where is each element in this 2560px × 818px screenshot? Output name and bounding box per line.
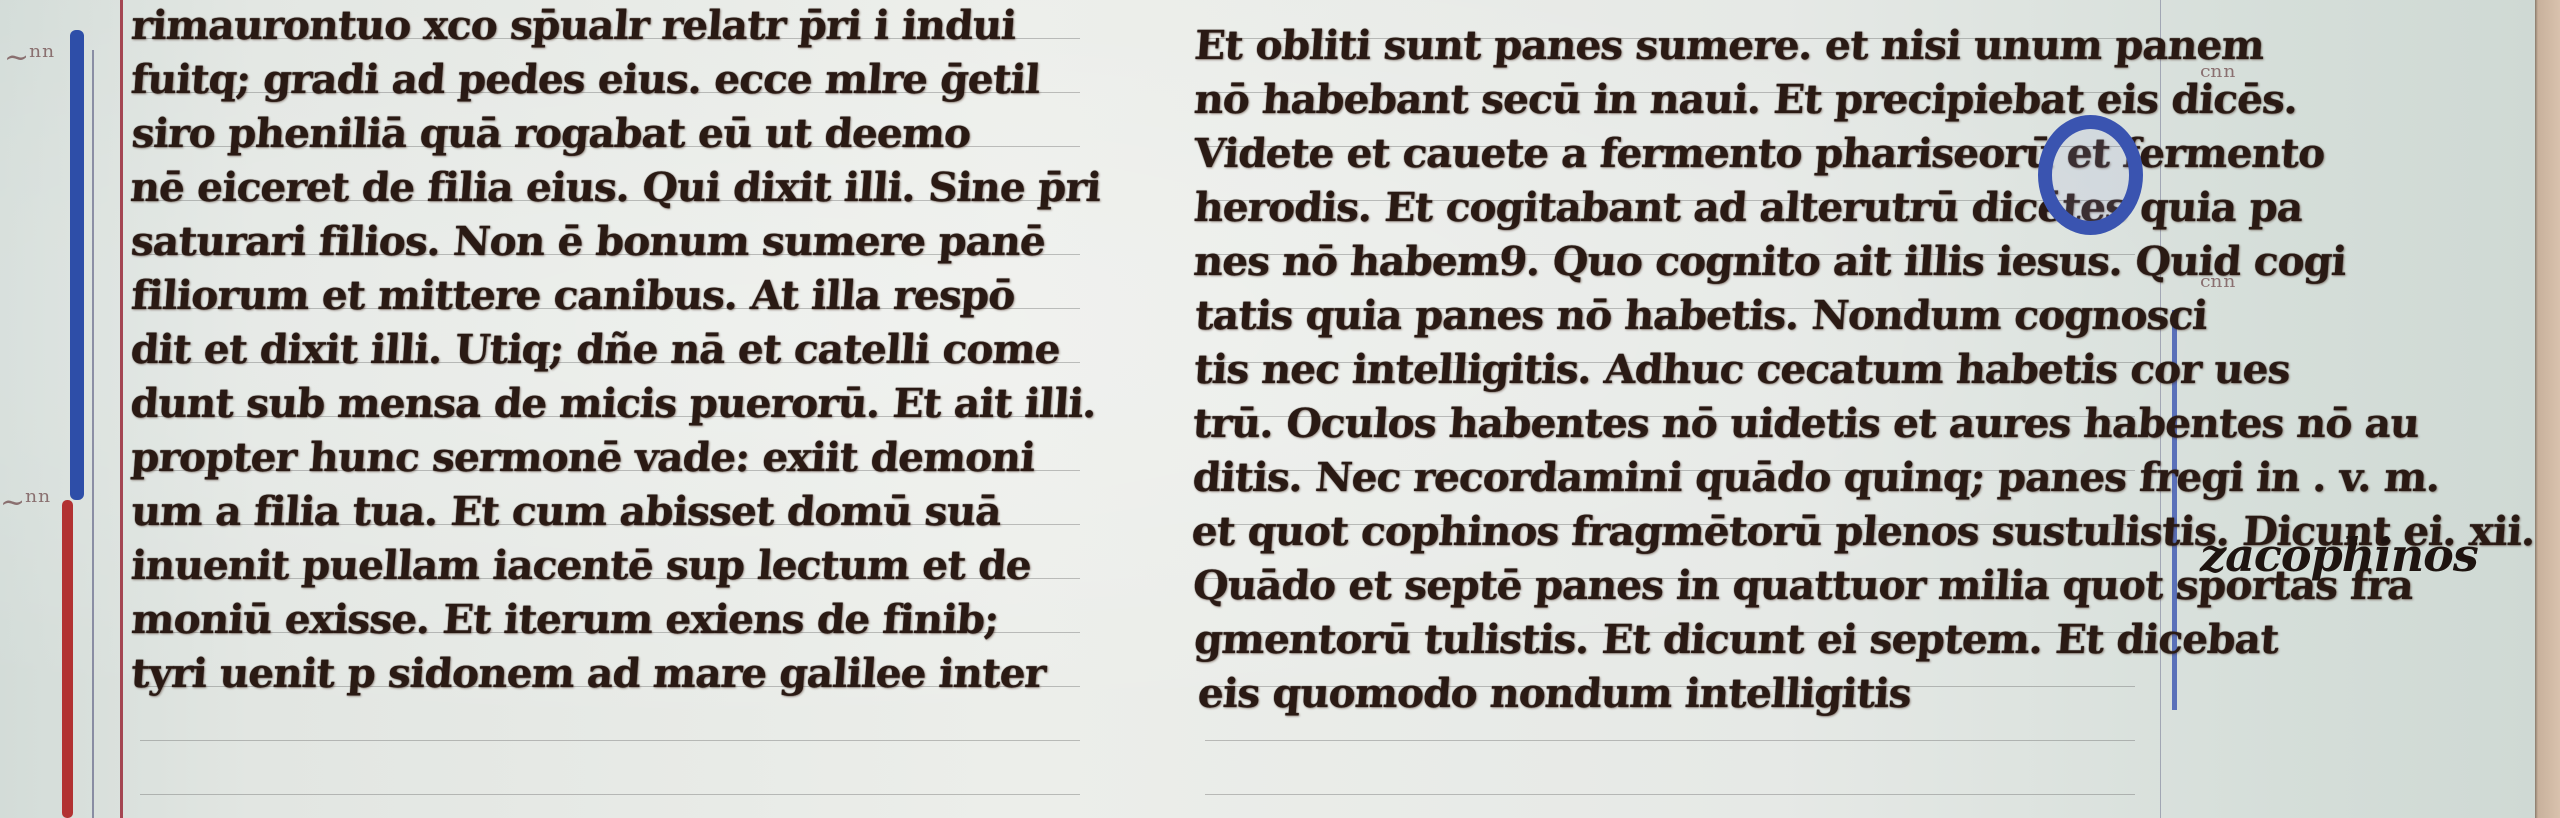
penwork-flourish-top: ~ⁿⁿ — [4, 40, 55, 75]
frame-edge — [2535, 0, 2560, 818]
red-ruling-line — [120, 0, 123, 818]
marginal-note: zacophinos — [2200, 528, 2478, 582]
text-line: tatis quia panes nō habetis. Nondum cogn… — [1193, 292, 2208, 339]
text-line: nō habebant secū in naui. Et precipiebat… — [1193, 76, 2299, 123]
text-line: inuenit puellam iacentē sup lectum et de — [130, 542, 1033, 589]
text-line: trū. Oculos habentes nō uidetis et aures… — [1191, 400, 2420, 447]
text-line: Et obliti sunt panes sumere. et nisi unu… — [1193, 22, 2266, 69]
text-line: tis nec intelligitis. Adhuc cecatum habe… — [1193, 346, 2292, 393]
text-line: gmentorū tulistis. Et dicunt ei septem. … — [1193, 616, 2280, 663]
text-line: tyri uenit p sidonem ad mare galilee int… — [129, 650, 1047, 697]
text-line: rimaurontuo xco sp̄ualr relatr p̄ri i in… — [130, 2, 1018, 49]
text-line: nes nō habem9. Quo cognito ait illis ies… — [1192, 238, 2348, 285]
text-line: propter hunc sermonē vade: exiit demoni — [129, 434, 1036, 481]
red-penwork-border — [62, 500, 73, 818]
text-line: dit et dixit illi. Utiq; dñe nā et catel… — [129, 326, 1061, 373]
text-line: ditis. Nec recordamini quādo quinq; pane… — [1191, 454, 2441, 501]
initial-penwork-flourish: ᶜⁿⁿ — [2200, 270, 2236, 305]
text-line: saturari filios. Non ē bonum sumere panē — [129, 218, 1046, 265]
text-line: eis quomodo nondum intelligitis — [1196, 670, 1912, 717]
initial-penwork-flourish: ᶜⁿⁿ — [2200, 60, 2236, 95]
penwork-hairline — [92, 50, 94, 818]
text-line: nē eiceret de filia eius. Qui dixit illi… — [129, 164, 1102, 211]
penwork-flourish-bottom: ~ⁿⁿ — [0, 485, 51, 520]
text-line: um a filia tua. Et cum abisset domū suā — [130, 488, 1003, 535]
text-line: dunt sub mensa de micis puerorū. Et ait … — [129, 380, 1098, 427]
text-line: siro pheniliā quā rogabat eū ut deemo — [130, 110, 972, 157]
text-line: filiorum et mittere canibus. At illa res… — [130, 272, 1017, 319]
text-line: moniū exisse. Et iterum exiens de finib; — [130, 596, 1000, 643]
text-line: fuitq; gradi ad pedes eius. ecce mlre ḡe… — [129, 56, 1041, 103]
text-line: Videte et cauete a fermento phariseorū e… — [1192, 130, 2326, 177]
blue-penwork-border — [70, 30, 84, 500]
blue-initial-o — [2038, 115, 2143, 235]
